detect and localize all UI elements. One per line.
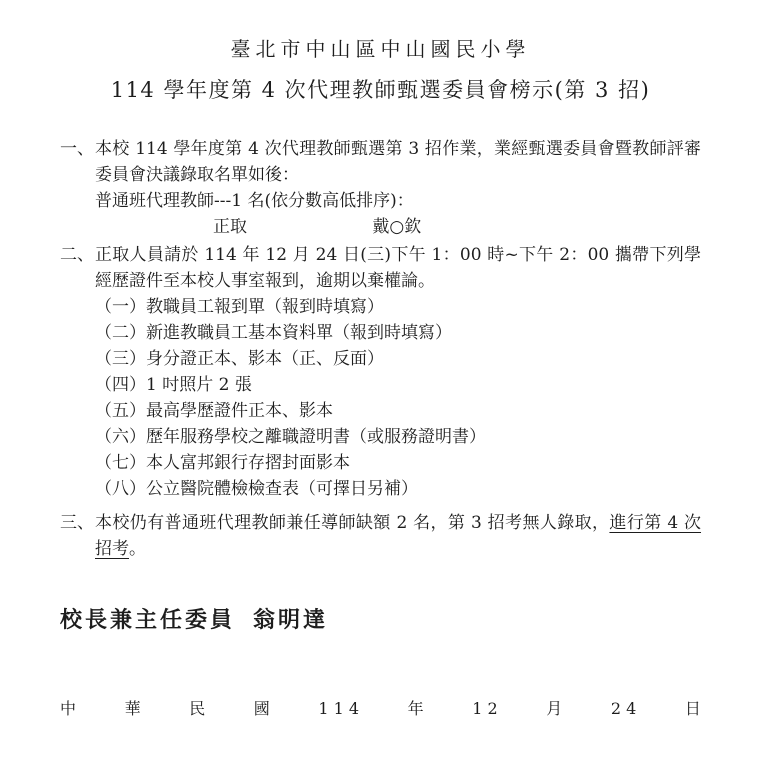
document-list-item: （一）教職員工報到單（報到時填寫） bbox=[95, 294, 701, 320]
section-2-body: 正取人員請於 114 年 12 月 24 日(三)下午 1：00 時~下午 2：… bbox=[95, 242, 701, 294]
document-list-item: （三）身分證正本、影本（正、反面） bbox=[95, 346, 701, 372]
document-list-item: （八）公立醫院體檢檢查表（可擇日另補） bbox=[95, 476, 701, 502]
signer-title: 校長兼主任委員 bbox=[60, 607, 235, 633]
date-token: 民 bbox=[189, 698, 205, 720]
section-1-content: 本校 114 學年度第 4 次代理教師甄選第 3 招作業，業經甄選委員會暨教師評… bbox=[95, 136, 701, 240]
document-list-item: （六）歷年服務學校之離職證明書（或服務證明書） bbox=[95, 424, 701, 450]
section-item-3: 三、 本校仍有普通班代理教師兼任導師缺額 2 名，第 3 招考無人錄取，進行第 … bbox=[60, 510, 701, 562]
admit-label: 正取 bbox=[213, 217, 247, 237]
roc-date-line: 中 華 民 國 1 1 4 年 1 2 月 2 4 日 bbox=[60, 698, 701, 720]
school-name: 臺北市中山區中山國民小學 bbox=[60, 36, 701, 62]
document-list-item: （二）新進教職員工基本資料單（報到時填寫） bbox=[95, 320, 701, 346]
date-token: 日 bbox=[685, 698, 701, 720]
date-token: 月 bbox=[546, 698, 562, 720]
admit-name: 戴○欽 bbox=[372, 217, 421, 237]
announcement-document: 臺北市中山區中山國民小學 114 學年度第 4 次代理教師甄選委員會榜示(第 3… bbox=[0, 0, 759, 720]
section-1-marker: 一、 bbox=[60, 136, 95, 240]
document-list-item: （七）本人富邦銀行存摺封面影本 bbox=[95, 450, 701, 476]
date-token: 國 bbox=[254, 698, 270, 720]
section-item-2: 二、 正取人員請於 114 年 12 月 24 日(三)下午 1：00 時~下午… bbox=[60, 242, 701, 502]
date-token: 中 bbox=[60, 698, 76, 720]
section-2-marker: 二、 bbox=[60, 242, 95, 502]
signer-name: 翁明達 bbox=[253, 607, 328, 633]
document-list-item: （五）最高學歷證件正本、影本 bbox=[95, 398, 701, 424]
document-list-item: （四）1 吋照片 2 張 bbox=[95, 372, 701, 398]
section-1-quota-line: 普通班代理教師---1 名(依分數高低排序)： bbox=[95, 188, 701, 214]
signature-line: 校長兼主任委員翁明達 bbox=[60, 604, 701, 636]
section-3-body-after: 。 bbox=[129, 539, 146, 559]
admit-result-line: 正取 戴○欽 bbox=[95, 214, 701, 240]
section-3-body-before: 本校仍有普通班代理教師兼任導師缺額 2 名，第 3 招考無人錄取， bbox=[95, 513, 609, 533]
section-item-1: 一、 本校 114 學年度第 4 次代理教師甄選第 3 招作業，業經甄選委員會暨… bbox=[60, 136, 701, 240]
section-3-content: 本校仍有普通班代理教師兼任導師缺額 2 名，第 3 招考無人錄取，進行第 4 次… bbox=[95, 510, 701, 562]
date-token: 1 1 4 bbox=[318, 698, 359, 720]
section-2-content: 正取人員請於 114 年 12 月 24 日(三)下午 1：00 時~下午 2：… bbox=[95, 242, 701, 502]
date-token: 年 bbox=[408, 698, 424, 720]
announcement-title: 114 學年度第 4 次代理教師甄選委員會榜示(第 3 招) bbox=[60, 76, 701, 104]
section-1-body: 本校 114 學年度第 4 次代理教師甄選第 3 招作業，業經甄選委員會暨教師評… bbox=[95, 136, 701, 188]
date-token: 1 2 bbox=[472, 698, 497, 720]
date-token: 2 4 bbox=[611, 698, 636, 720]
section-3-marker: 三、 bbox=[60, 510, 95, 562]
date-token: 華 bbox=[125, 698, 141, 720]
required-documents-list: （一）教職員工報到單（報到時填寫） （二）新進教職員工基本資料單（報到時填寫） … bbox=[95, 294, 701, 502]
